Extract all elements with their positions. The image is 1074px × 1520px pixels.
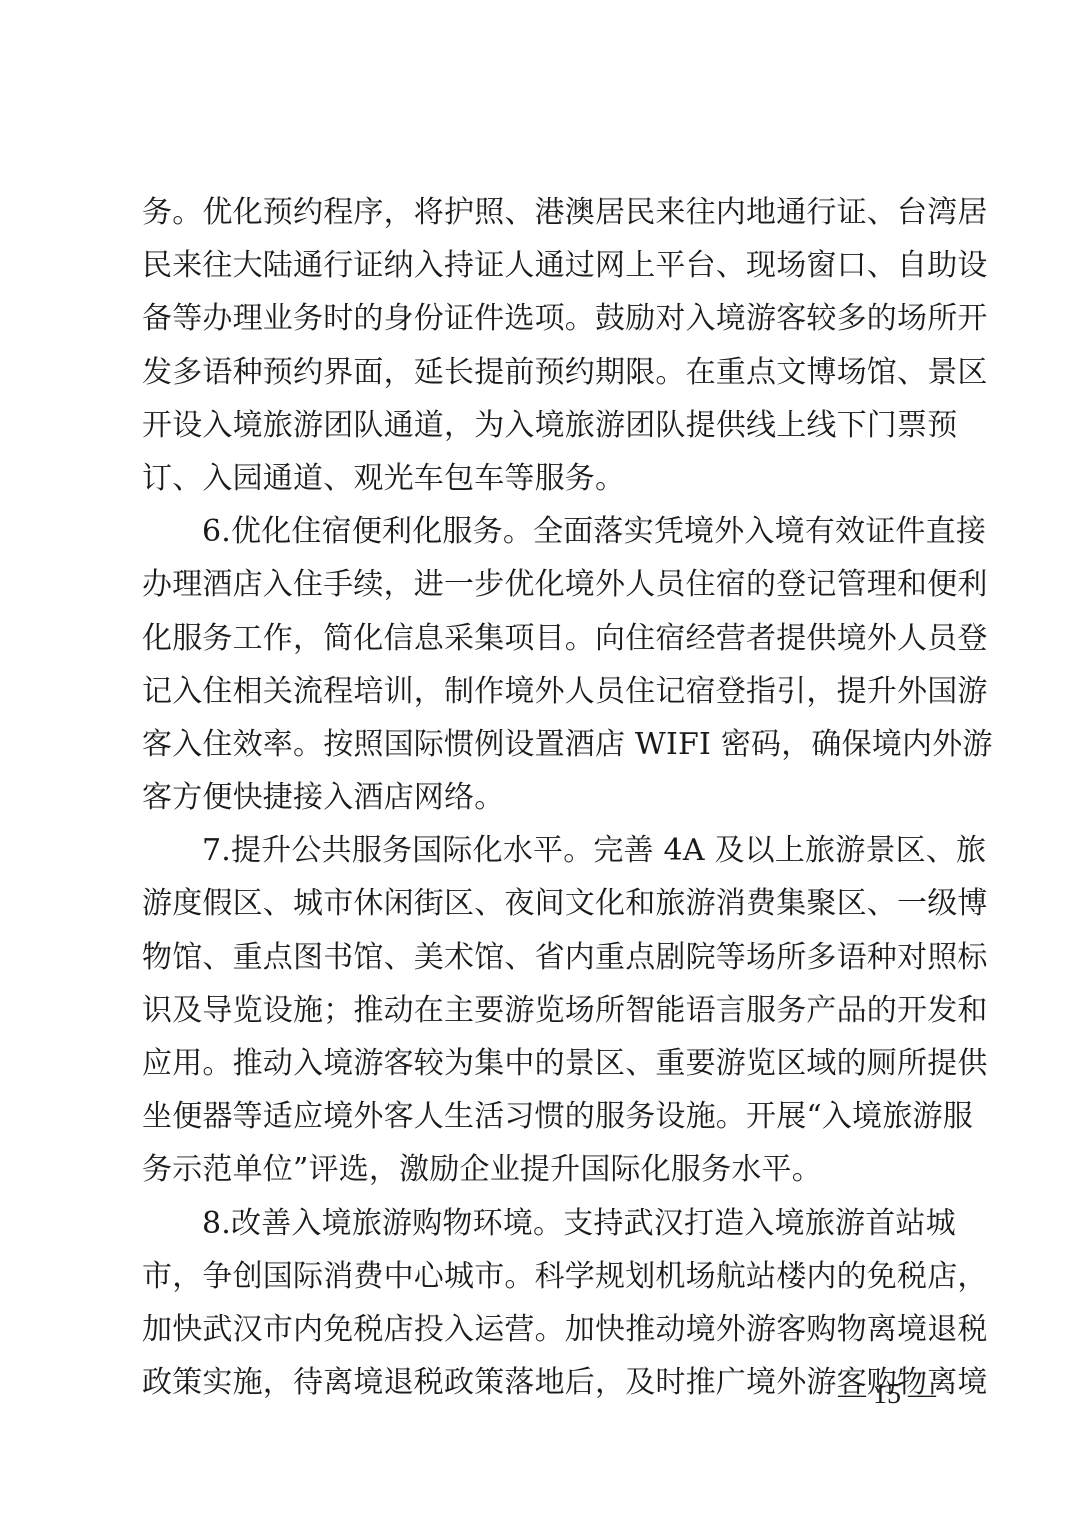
text-line: 开设入境旅游团队通道，为入境旅游团队提供线上线下门票预 bbox=[142, 399, 942, 452]
text-line: 记入住相关流程培训，制作境外人员住记宿登指引，提升外国游 bbox=[142, 665, 942, 718]
text-line: 游度假区、城市休闲街区、夜间文化和旅游消费集聚区、一级博 bbox=[142, 877, 942, 930]
paragraph-heading-line: 8.改善入境旅游购物环境。支持武汉打造入境旅游首站城 bbox=[142, 1197, 942, 1250]
text-line: 应用。推动入境游客较为集中的景区、重要游览区域的厕所提供 bbox=[142, 1037, 942, 1090]
text-line: 客入住效率。按照国际惯例设置酒店 WIFI 密码，确保境内外游 bbox=[142, 718, 942, 771]
text-line: 加快武汉市内免税店投入运营。加快推动境外游客购物离境退税 bbox=[142, 1303, 942, 1356]
text-line: 务示范单位”评选，激励企业提升国际化服务水平。 bbox=[142, 1143, 942, 1196]
text-line: 市，争创国际消费中心城市。科学规划机场航站楼内的免税店， bbox=[142, 1250, 942, 1303]
text-line: 办理酒店入住手续，进一步优化境外人员住宿的登记管理和便利 bbox=[142, 558, 942, 611]
text-line: 民来往大陆通行证纳入持证人通过网上平台、现场窗口、自助设 bbox=[142, 239, 942, 292]
page-number: — 15 — bbox=[838, 1378, 936, 1412]
body-text: 务。优化预约程序，将护照、港澳居民来往内地通行证、台湾居 民来往大陆通行证纳入持… bbox=[142, 186, 942, 1409]
text-line: 客方便快捷接入酒店网络。 bbox=[142, 771, 942, 824]
text-line: 务。优化预约程序，将护照、港澳居民来往内地通行证、台湾居 bbox=[142, 186, 942, 239]
text-line: 政策实施，待离境退税政策落地后，及时推广境外游客购物离境 bbox=[142, 1356, 942, 1409]
text-line: 化服务工作，简化信息采集项目。向住宿经营者提供境外人员登 bbox=[142, 612, 942, 665]
text-line: 发多语种预约界面，延长提前预约期限。在重点文博场馆、景区 bbox=[142, 346, 942, 399]
text-line: 识及导览设施；推动在主要游览场所智能语言服务产品的开发和 bbox=[142, 984, 942, 1037]
text-line: 订、入园通道、观光车包车等服务。 bbox=[142, 452, 942, 505]
paragraph-heading-line: 7.提升公共服务国际化水平。完善 4A 及以上旅游景区、旅 bbox=[142, 824, 942, 877]
document-page: 务。优化预约程序，将护照、港澳居民来往内地通行证、台湾居 民来往大陆通行证纳入持… bbox=[0, 0, 1074, 1520]
paragraph-heading-line: 6.优化住宿便利化服务。全面落实凭境外入境有效证件直接 bbox=[142, 505, 942, 558]
text-line: 物馆、重点图书馆、美术馆、省内重点剧院等场所多语种对照标 bbox=[142, 931, 942, 984]
text-line: 坐便器等适应境外客人生活习惯的服务设施。开展“入境旅游服 bbox=[142, 1090, 942, 1143]
text-line: 备等办理业务时的身份证件选项。鼓励对入境游客较多的场所开 bbox=[142, 292, 942, 345]
